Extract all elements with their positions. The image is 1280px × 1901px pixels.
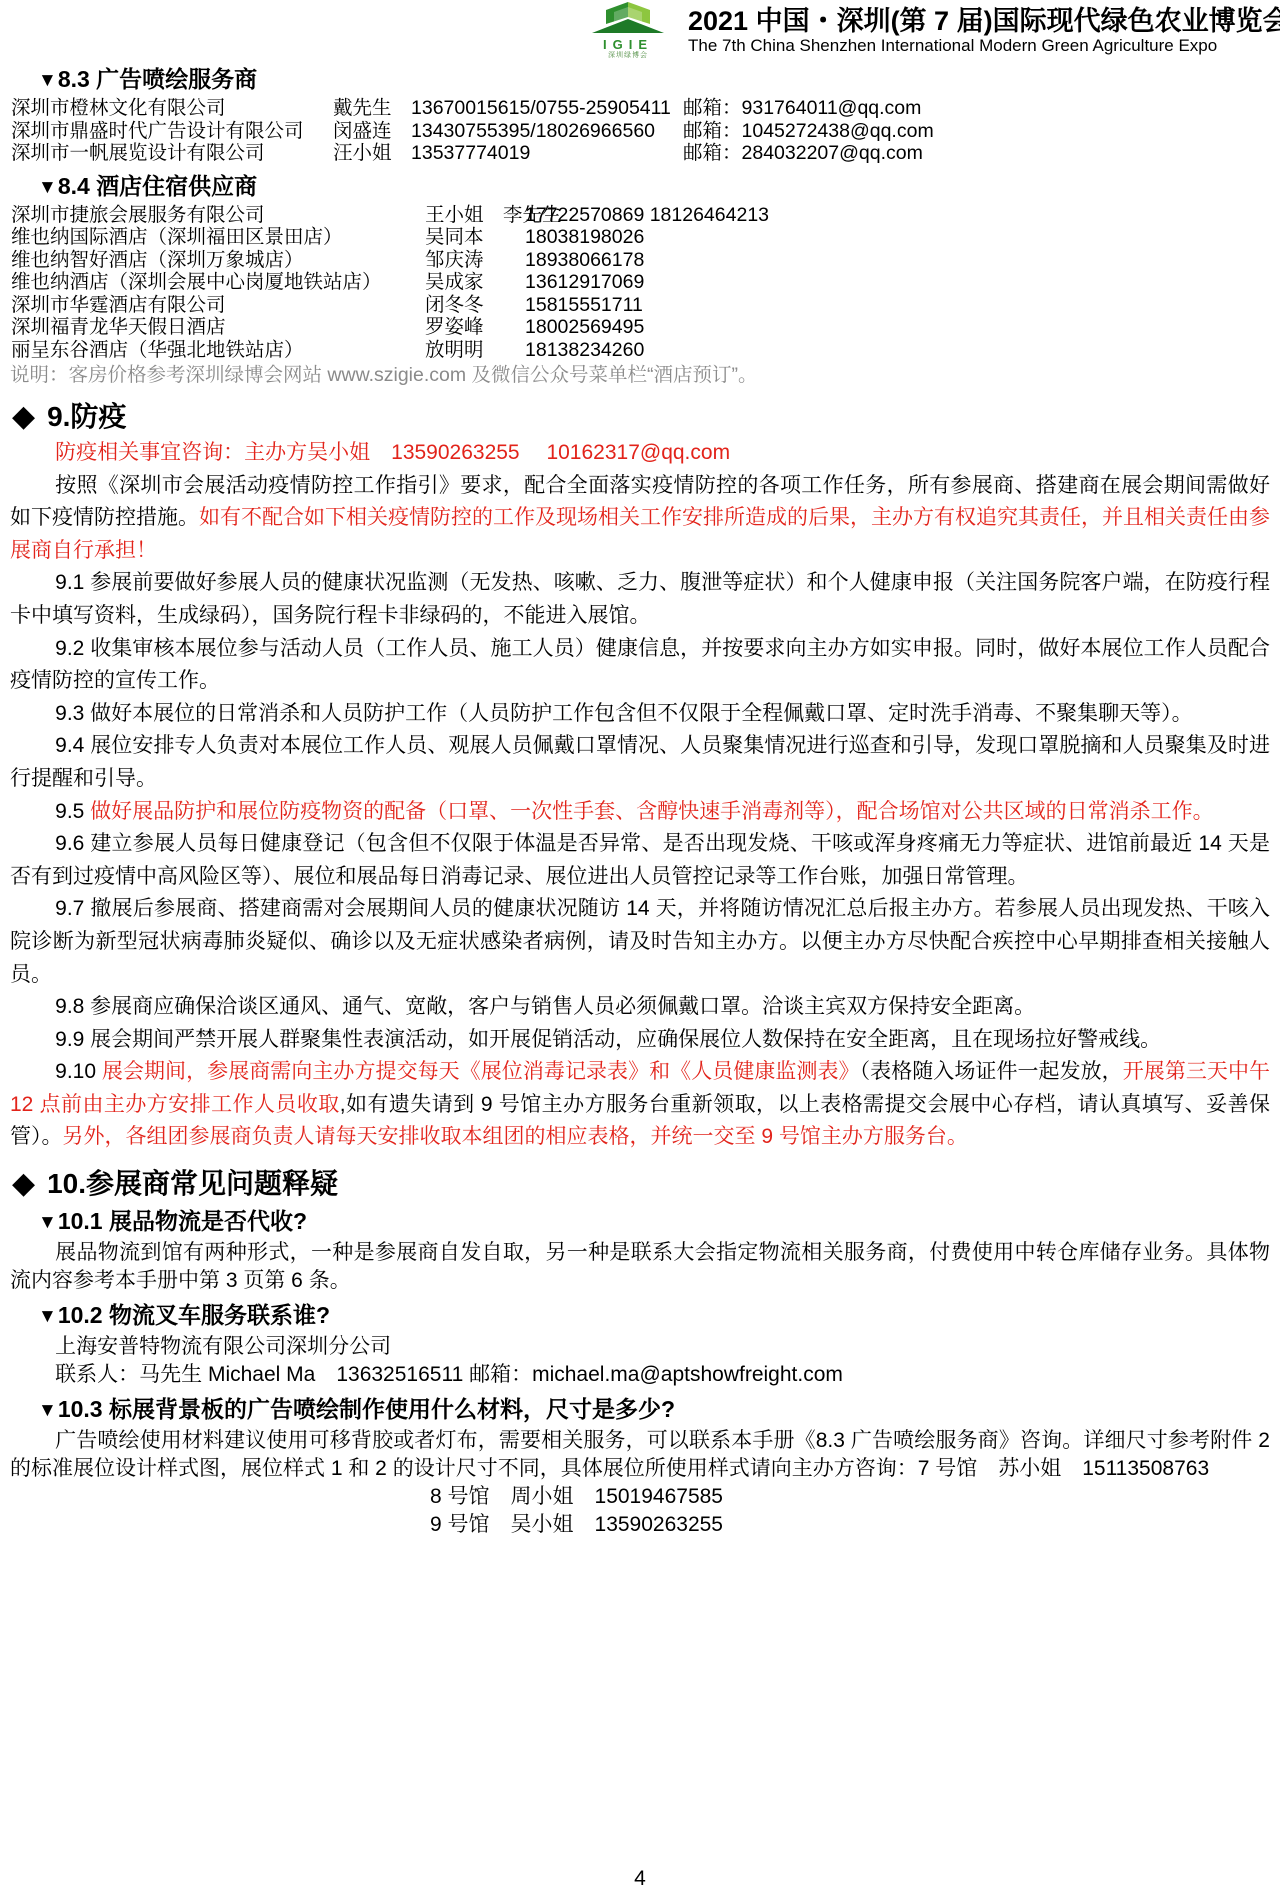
table-row: 深圳市一帆展览设计有限公司汪小姐13537774019邮箱：284032207@… — [11, 142, 1270, 165]
triangle-bullet-icon: ▼ — [38, 1400, 57, 1421]
epidemic-contact-line: 防疫相关事宜咨询：主办方吴小姐 13590263255 10162317@qq.… — [10, 437, 1270, 470]
epidemic-paragraph: 9.3 做好本展位的日常消杀和人员防护工作（人员防护工作包含但不仅限于全程佩戴口… — [10, 698, 1270, 731]
expo-titles: 2021 中国・深圳(第 7 届)国际现代绿色农业博览会 The 7th Chi… — [688, 6, 1266, 55]
diamond-bullet-icon: ◆ — [12, 1169, 35, 1199]
faq-list: ▼10.1 展品物流是否代收?展品物流到馆有两种形式，一种是参展商自发自取，另一… — [10, 1208, 1270, 1539]
phone-number: 18938066178 — [525, 249, 1270, 272]
expo-logo: IGIE 深圳绿博会 — [582, 1, 674, 59]
email-address: 邮箱：284032207@qq.com — [683, 142, 1270, 165]
epidemic-paragraph: 按照《深圳市会展活动疫情防控工作指引》要求，配合全面落实疫情防控的各项工作任务，… — [10, 470, 1270, 568]
section-10-heading: ◆10.参展商常见问题释疑 — [12, 1168, 1270, 1200]
epidemic-paragraph: 9.8 参展商应确保洽谈区通风、通气、宽敞，客户与销售人员必须佩戴口罩。洽谈主宾… — [10, 991, 1270, 1024]
triangle-bullet-icon: ▼ — [38, 70, 57, 91]
text-segment: 9.5 — [55, 800, 90, 823]
logo-acronym: IGIE — [603, 38, 653, 51]
section-8-4-heading-label: 8.4 酒店住宿供应商 — [58, 173, 257, 199]
section-8-4-hotel-suppliers: ▼8.4 酒店住宿供应商 深圳市捷旅会展服务有限公司王小姐 李先生1772257… — [10, 173, 1270, 388]
ad-supplier-table: 深圳市橙林文化有限公司戴先生13670015615/0755-25905411邮… — [11, 97, 1270, 165]
table-row: 维也纳智好酒店（深圳万象城店）邹庆涛18938066178 — [11, 249, 1270, 272]
epidemic-paragraphs: 按照《深圳市会展活动疫情防控工作指引》要求，配合全面落实疫情防控的各项工作任务，… — [10, 470, 1270, 1154]
triangle-bullet-icon: ▼ — [38, 177, 57, 198]
faq-answer: 展品物流到馆有两种形式，一种是参展商自发自取，另一种是联系大会指定物流相关服务商… — [10, 1239, 1270, 1294]
table-row: 丽呈东谷酒店（华强北地铁站店）放明明18138234260 — [11, 339, 1270, 362]
hall-contact-line: 8 号馆 周小姐 15019467585 — [430, 1483, 1270, 1511]
faq-answer: 上海安普特物流有限公司深圳分公司 — [10, 1333, 1270, 1361]
faq-answer: 广告喷绘使用材料建议使用可移背胶或者灯布，需要相关服务，可以联系本手册《8.3 … — [10, 1427, 1270, 1482]
faq-question: ▼10.2 物流叉车服务联系谁? — [38, 1302, 1270, 1330]
email-address: 邮箱：1045272438@qq.com — [683, 120, 1270, 143]
phone-number: 13537774019 — [411, 142, 683, 165]
hotel-supplier-table: 深圳市捷旅会展服务有限公司王小姐 李先生17722570869 18126464… — [11, 204, 1270, 362]
table-row: 深圳市华霆酒店有限公司闭冬冬15815551711 — [11, 294, 1270, 317]
section-9-heading: ◆9.防疫 — [12, 401, 1270, 433]
text-segment: 9.10 — [55, 1060, 102, 1083]
hotel-name: 维也纳国际酒店（深圳福田区景田店） — [11, 226, 425, 249]
phone-number: 15815551711 — [525, 294, 1270, 317]
faq-question-label: 10.1 展品物流是否代收? — [58, 1208, 307, 1234]
epidemic-paragraph: 9.1 参展前要做好参展人员的健康状况监测（无发热、咳嗽、乏力、腹泄等症状）和个… — [10, 567, 1270, 632]
text-segment: 9.7 撤展后参展商、搭建商需对会展期间人员的健康状况随访 14 天，并将随访情… — [10, 897, 1270, 985]
faq-question: ▼10.3 标展背景板的广告喷绘制作使用什么材料，尺寸是多少? — [38, 1396, 1270, 1424]
expo-title-cn: 2021 中国・深圳(第 7 届)国际现代绿色农业博览会 — [688, 6, 1266, 36]
text-segment: 做好展品防护和展位防疫物资的配备（口罩、一次性手套、含醇快速手消毒剂等），配合场… — [90, 800, 1214, 823]
section-8-4-heading: ▼8.4 酒店住宿供应商 — [38, 173, 1270, 201]
contact-name: 吴成家 — [425, 271, 525, 294]
green-book-logo-icon — [588, 1, 668, 37]
table-row: 深圳市捷旅会展服务有限公司王小姐 李先生17722570869 18126464… — [11, 204, 1270, 227]
triangle-bullet-icon: ▼ — [38, 1212, 57, 1233]
contact-name: 放明明 — [425, 339, 525, 362]
hotel-name: 深圳市捷旅会展服务有限公司 — [11, 204, 425, 227]
phone-number: 13670015615/0755-25905411 — [411, 97, 683, 120]
section-10-heading-label: 10.参展商常见问题释疑 — [47, 1168, 338, 1200]
section-8-3-heading-label: 8.3 广告喷绘服务商 — [58, 66, 257, 92]
epidemic-paragraph: 9.5 做好展品防护和展位防疫物资的配备（口罩、一次性手套、含醇快速手消毒剂等）… — [10, 796, 1270, 829]
phone-number: 18002569495 — [525, 316, 1270, 339]
contact-name: 闵盛连 — [333, 120, 411, 143]
text-segment: 9.8 参展商应确保洽谈区通风、通气、宽敞，客户与销售人员必须佩戴口罩。洽谈主宾… — [55, 995, 1035, 1018]
contact-name: 邹庆涛 — [425, 249, 525, 272]
text-segment: 9.6 建立参展人员每日健康登记（包含但不仅限于体温是否异常、是否出现发烧、干咳… — [10, 832, 1270, 888]
table-row: 深圳福青龙华天假日酒店罗姿峰18002569495 — [11, 316, 1270, 339]
text-segment: 9.2 收集审核本展位参与活动人员（工作人员、施工人员）健康信息，并按要求向主办… — [10, 637, 1270, 693]
page-number: 4 — [0, 1867, 1280, 1891]
expo-title-en: The 7th China Shenzhen International Mod… — [688, 36, 1266, 55]
text-segment: 9.1 参展前要做好参展人员的健康状况监测（无发热、咳嗽、乏力、腹泄等症状）和个… — [10, 571, 1270, 627]
section-8-3-ad-printing-suppliers: ▼8.3 广告喷绘服务商 深圳市橙林文化有限公司戴先生13670015615/0… — [10, 66, 1270, 165]
table-row: 深圳市橙林文化有限公司戴先生13670015615/0755-25905411邮… — [11, 97, 1270, 120]
faq-item: ▼10.2 物流叉车服务联系谁?上海安普特物流有限公司深圳分公司联系人：马先生 … — [10, 1302, 1270, 1388]
section-8-3-heading: ▼8.3 广告喷绘服务商 — [38, 66, 1270, 94]
company-name: 深圳市橙林文化有限公司 — [11, 97, 333, 120]
text-segment: 展会期间，参展商需向主办方提交每天《展位消毒记录表》和《人员健康监测表》 — [102, 1060, 860, 1083]
contact-name: 戴先生 — [333, 97, 411, 120]
table-row: 维也纳酒店（深圳会展中心岗厦地铁站店）吴成家13612917069 — [11, 271, 1270, 294]
epidemic-paragraph: 9.7 撤展后参展商、搭建商需对会展期间人员的健康状况随访 14 天，并将随访情… — [10, 893, 1270, 991]
faq-question: ▼10.1 展品物流是否代收? — [38, 1208, 1270, 1236]
epidemic-paragraph: 9.2 收集审核本展位参与活动人员（工作人员、施工人员）健康信息，并按要求向主办… — [10, 633, 1270, 698]
table-row: 维也纳国际酒店（深圳福田区景田店）吴同本18038198026 — [11, 226, 1270, 249]
hotel-name: 深圳市华霆酒店有限公司 — [11, 294, 425, 317]
diamond-bullet-icon: ◆ — [12, 402, 35, 432]
text-segment: 9.9 展会期间严禁开展人群聚集性表演活动，如开展促销活动，应确保展位人数保持在… — [55, 1028, 1161, 1051]
faq-item: ▼10.3 标展背景板的广告喷绘制作使用什么材料，尺寸是多少?广告喷绘使用材料建… — [10, 1396, 1270, 1538]
faq-answer: 联系人：马先生 Michael Ma 13632516511 邮箱：michae… — [10, 1361, 1270, 1389]
section-10-faq: ◆10.参展商常见问题释疑 ▼10.1 展品物流是否代收?展品物流到馆有两种形式… — [10, 1168, 1270, 1539]
faq-question-label: 10.3 标展背景板的广告喷绘制作使用什么材料，尺寸是多少? — [58, 1396, 675, 1422]
section-9-epidemic-prevention: ◆9.防疫 防疫相关事宜咨询：主办方吴小姐 13590263255 101623… — [10, 401, 1270, 1154]
text-segment: 如有不配合如下相关疫情防控的工作及现场相关工作安排所造成的后果，主办方有权追究其… — [10, 506, 1270, 562]
contact-name: 吴同本 — [425, 226, 525, 249]
hotel-name: 丽呈东谷酒店（华强北地铁站店） — [11, 339, 425, 362]
text-segment: 防疫相关事宜咨询：主办方吴小姐 13590263255 10162317@qq.… — [55, 441, 730, 464]
epidemic-paragraph: 9.4 展位安排专人负责对本展位工作人员、观展人员佩戴口罩情况、人员聚集情况进行… — [10, 730, 1270, 795]
email-address: 邮箱：931764011@qq.com — [683, 97, 1270, 120]
hotel-name: 维也纳智好酒店（深圳万象城店） — [11, 249, 425, 272]
contact-name: 王小姐 李先生 — [425, 204, 525, 227]
company-name: 深圳市一帆展览设计有限公司 — [11, 142, 333, 165]
phone-number: 13612917069 — [525, 271, 1270, 294]
hotel-name: 深圳福青龙华天假日酒店 — [11, 316, 425, 339]
contact-name: 闭冬冬 — [425, 294, 525, 317]
text-segment: （表格随入场证件一起发放， — [860, 1060, 1123, 1083]
phone-number: 13430755395/18026966560 — [411, 120, 683, 143]
phone-number: 18138234260 — [525, 339, 1270, 362]
contact-name: 罗姿峰 — [425, 316, 525, 339]
phone-number: 17722570869 18126464213 — [525, 204, 1270, 227]
faq-item: ▼10.1 展品物流是否代收?展品物流到馆有两种形式，一种是参展商自发自取，另一… — [10, 1208, 1270, 1294]
contact-name: 汪小姐 — [333, 142, 411, 165]
section-9-heading-label: 9.防疫 — [47, 401, 126, 433]
faq-question-label: 10.2 物流叉车服务联系谁? — [58, 1302, 330, 1328]
table-row: 深圳市鼎盛时代广告设计有限公司闵盛连13430755395/1802696656… — [11, 120, 1270, 143]
phone-number: 18038198026 — [525, 226, 1270, 249]
epidemic-paragraph: 9.6 建立参展人员每日健康登记（包含但不仅限于体温是否异常、是否出现发烧、干咳… — [10, 828, 1270, 893]
hotel-name: 维也纳酒店（深圳会展中心岗厦地铁站店） — [11, 271, 425, 294]
triangle-bullet-icon: ▼ — [38, 1306, 57, 1327]
epidemic-paragraph: 9.9 展会期间严禁开展人群聚集性表演活动，如开展促销活动，应确保展位人数保持在… — [10, 1024, 1270, 1057]
page-header: IGIE 深圳绿博会 2021 中国・深圳(第 7 届)国际现代绿色农业博览会 … — [10, 0, 1270, 58]
text-segment: 9.3 做好本展位的日常消杀和人员防护工作（人员防护工作包含但不仅限于全程佩戴口… — [55, 702, 1193, 725]
text-segment: 9.4 展位安排专人负责对本展位工作人员、观展人员佩戴口罩情况、人员聚集情况进行… — [10, 734, 1270, 790]
hotel-price-note: 说明：客房价格参考深圳绿博会网站 www.szigie.com 及微信公众号菜单… — [10, 363, 1270, 387]
epidemic-paragraph: 9.10 展会期间，参展商需向主办方提交每天《展位消毒记录表》和《人员健康监测表… — [10, 1056, 1270, 1154]
logo-subtext: 深圳绿博会 — [608, 52, 648, 59]
company-name: 深圳市鼎盛时代广告设计有限公司 — [11, 120, 333, 143]
hall-contact-line: 9 号馆 吴小姐 13590263255 — [430, 1511, 1270, 1539]
document-page: IGIE 深圳绿博会 2021 中国・深圳(第 7 届)国际现代绿色农业博览会 … — [0, 0, 1280, 1539]
text-segment: 另外，各组团参展商负责人请每天安排收取本组团的相应表格，并统一交至 9 号馆主办… — [63, 1125, 968, 1148]
